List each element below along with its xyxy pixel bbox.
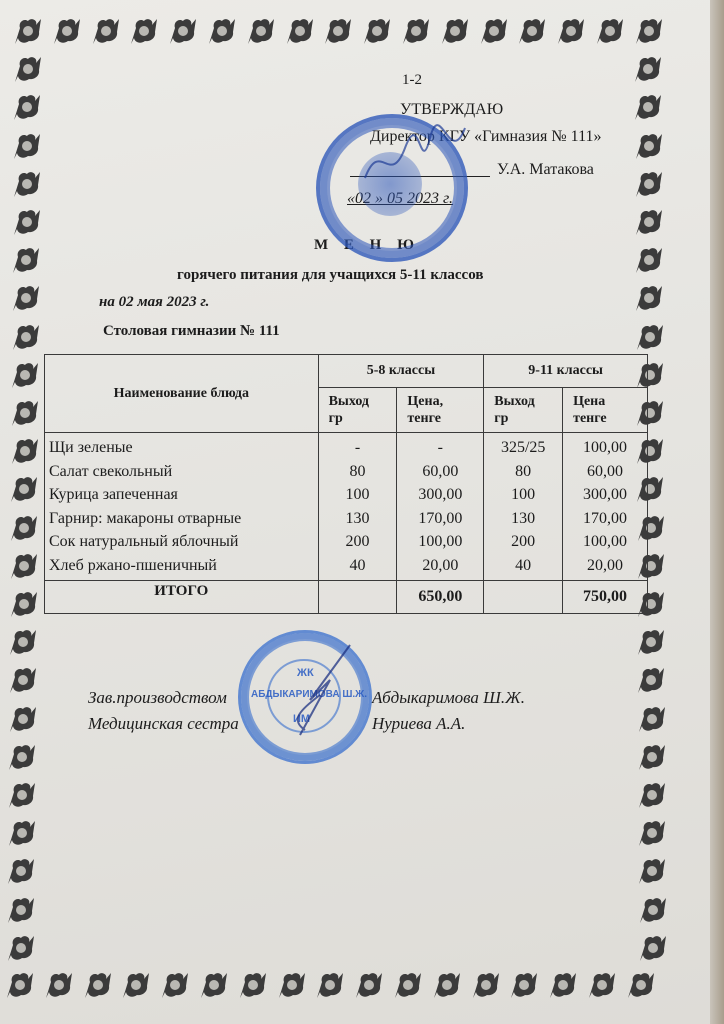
ornament-icon xyxy=(276,970,306,1000)
header-dish-name: Наименование блюда xyxy=(45,355,319,433)
page-number: 1-2 xyxy=(402,72,422,89)
ornament-icon xyxy=(7,704,37,734)
ornament-icon xyxy=(635,665,665,695)
ornament-icon xyxy=(636,742,666,772)
table-cell: 60,00 xyxy=(397,460,483,484)
ornament-icon xyxy=(11,92,41,122)
table-cell: 100 xyxy=(319,483,397,507)
ornament-icon xyxy=(508,970,538,1000)
ornament-icon xyxy=(633,207,663,237)
table-cell: 300,00 xyxy=(397,483,483,507)
ornament-icon xyxy=(586,970,616,1000)
ornament-icon xyxy=(167,16,197,46)
header-weight-5-8: Выходгр xyxy=(318,388,397,433)
table-cell: 40 xyxy=(319,554,397,578)
ornament-icon xyxy=(198,970,228,1000)
header-group-5-8: 5-8 классы xyxy=(318,355,484,388)
signature-line xyxy=(350,162,490,177)
ornament-icon xyxy=(633,16,663,46)
ornament-icon xyxy=(90,16,120,46)
header-group-9-11: 9-11 классы xyxy=(484,355,648,388)
ornament-icon xyxy=(206,16,236,46)
approval-date: «02 » 05 2023 г. xyxy=(347,190,453,208)
ornament-icon xyxy=(120,970,150,1000)
ornament-icon xyxy=(439,16,469,46)
subtitle: горячего питания для учащихся 5-11 класс… xyxy=(177,267,483,284)
total-price-5-8: 650,00 xyxy=(397,581,484,614)
ornament-icon xyxy=(314,970,344,1000)
header-weight-9-11: Выходгр xyxy=(484,388,563,433)
ornament-icon xyxy=(128,16,158,46)
total-label: ИТОГО xyxy=(45,581,319,614)
ornament-icon xyxy=(636,818,666,848)
ornament-icon xyxy=(633,131,663,161)
ornament-icon xyxy=(400,16,430,46)
ornament-icon xyxy=(632,54,662,84)
table-cell: 100,00 xyxy=(563,530,647,554)
table-cell: Салат свекольный xyxy=(49,460,318,484)
table-cell: 80 xyxy=(484,460,562,484)
ornament-icon xyxy=(636,704,666,734)
menu-table: Наименование блюда 5-8 классы 9-11 класс… xyxy=(44,354,648,614)
ornament-icon xyxy=(10,283,40,313)
ornament-icon xyxy=(353,970,383,1000)
ornament-icon xyxy=(8,474,38,504)
ornament-icon xyxy=(636,780,666,810)
ornament-icon xyxy=(633,169,663,199)
table-cell: 100,00 xyxy=(563,436,647,460)
ornament-icon xyxy=(6,742,36,772)
table-cell: Курица запеченная xyxy=(49,483,318,507)
ornament-icon xyxy=(547,970,577,1000)
ornament-icon xyxy=(634,322,664,352)
ornament-icon xyxy=(4,970,34,1000)
price-5-8-column: -60,00300,00170,00100,0020,00 xyxy=(397,433,484,581)
table-cell: 170,00 xyxy=(397,507,483,531)
ornament-icon xyxy=(43,970,73,1000)
approval-name: У.А. Матакова xyxy=(497,161,594,179)
ornament-icon xyxy=(8,551,38,581)
page-title: М Е Н Ю xyxy=(314,237,420,254)
ornament-icon xyxy=(284,16,314,46)
ornament-icon xyxy=(633,245,663,275)
ornament-icon xyxy=(6,780,36,810)
ornament-icon xyxy=(7,627,37,657)
approval-position: Директор КГУ «Гимназия № 111» xyxy=(370,128,601,146)
table-cell: 60,00 xyxy=(563,460,647,484)
table-cell: 325/25 xyxy=(484,436,562,460)
table-cell: 20,00 xyxy=(397,554,483,578)
ornament-icon xyxy=(8,589,38,619)
ornament-icon xyxy=(5,933,35,963)
ornament-icon xyxy=(392,970,422,1000)
header-price-5-8: Цена,тенге xyxy=(397,388,484,433)
ornament-icon xyxy=(516,16,546,46)
ornament-icon xyxy=(361,16,391,46)
ornament-icon xyxy=(9,398,39,428)
ornament-icon xyxy=(478,16,508,46)
approval-title: УТВЕРЖДАЮ xyxy=(400,101,503,119)
ornament-icon xyxy=(470,970,500,1000)
ornament-icon xyxy=(637,933,667,963)
ornament-icon xyxy=(12,16,42,46)
ornament-icon xyxy=(637,895,667,925)
ornament-icon xyxy=(245,16,275,46)
table-cell: 200 xyxy=(484,530,562,554)
ornament-icon xyxy=(10,322,40,352)
table-cell: 80 xyxy=(319,460,397,484)
total-empty-cell xyxy=(318,581,397,614)
ornament-icon xyxy=(9,360,39,390)
price-9-11-column: 100,0060,00300,00170,00100,0020,00 xyxy=(563,433,648,581)
weight-9-11-column: 325/258010013020040 xyxy=(484,433,563,581)
table-cell: 40 xyxy=(484,554,562,578)
ornament-icon xyxy=(5,856,35,886)
ornament-icon xyxy=(11,207,41,237)
ornament-icon xyxy=(555,16,585,46)
table-cell: - xyxy=(319,436,397,460)
ornament-icon xyxy=(12,54,42,84)
table-cell: 130 xyxy=(319,507,397,531)
page-edge xyxy=(710,0,724,1024)
signature-name-nurse: Нуриева А.А. xyxy=(372,714,465,734)
ornament-icon xyxy=(431,970,461,1000)
ornament-icon xyxy=(11,131,41,161)
table-cell: - xyxy=(397,436,483,460)
ornament-icon xyxy=(10,245,40,275)
ornament-icon xyxy=(6,818,36,848)
table-body-row: Щи зеленыеСалат свекольныйКурица запечен… xyxy=(45,433,648,581)
total-empty-cell xyxy=(484,581,563,614)
dish-column: Щи зеленыеСалат свекольныйКурица запечен… xyxy=(45,433,319,581)
ornament-icon xyxy=(635,627,665,657)
ornament-icon xyxy=(322,16,352,46)
ornament-icon xyxy=(8,513,38,543)
menu-date: на 02 мая 2023 г. xyxy=(99,294,209,311)
canteen-name: Столовая гимназии № 111 xyxy=(103,323,280,340)
signature-name-production: Абдыкаримова Ш.Ж. xyxy=(372,688,525,708)
weight-5-8-column: -8010013020040 xyxy=(318,433,397,581)
ornament-icon xyxy=(237,970,267,1000)
ornament-icon xyxy=(5,895,35,925)
table-cell: 300,00 xyxy=(563,483,647,507)
signature-role-production: Зав.производством xyxy=(88,688,227,708)
table-cell: 170,00 xyxy=(563,507,647,531)
table-cell: Щи зеленые xyxy=(49,436,318,460)
ornament-icon xyxy=(11,169,41,199)
ornament-icon xyxy=(632,92,662,122)
total-price-9-11: 750,00 xyxy=(563,581,648,614)
ornament-icon xyxy=(9,436,39,466)
table-cell: 100 xyxy=(484,483,562,507)
ornament-icon xyxy=(7,665,37,695)
table-cell: 100,00 xyxy=(397,530,483,554)
ornament-icon xyxy=(636,856,666,886)
ornament-icon xyxy=(633,283,663,313)
signature-role-nurse: Медицинская сестра xyxy=(88,714,239,734)
table-cell: Хлеб ржано-пшеничный xyxy=(49,554,318,578)
ornament-icon xyxy=(625,970,655,1000)
ornament-icon xyxy=(594,16,624,46)
table-cell: 200 xyxy=(319,530,397,554)
table-cell: Гарнир: макароны отварные xyxy=(49,507,318,531)
table-cell: Сок натуральный яблочный xyxy=(49,530,318,554)
header-price-9-11: Ценатенге xyxy=(563,388,648,433)
table-cell: 20,00 xyxy=(563,554,647,578)
table-cell: 130 xyxy=(484,507,562,531)
ornament-icon xyxy=(51,16,81,46)
ornament-icon xyxy=(159,970,189,1000)
ornament-icon xyxy=(82,970,112,1000)
total-row: ИТОГО 650,00 750,00 xyxy=(45,581,648,614)
